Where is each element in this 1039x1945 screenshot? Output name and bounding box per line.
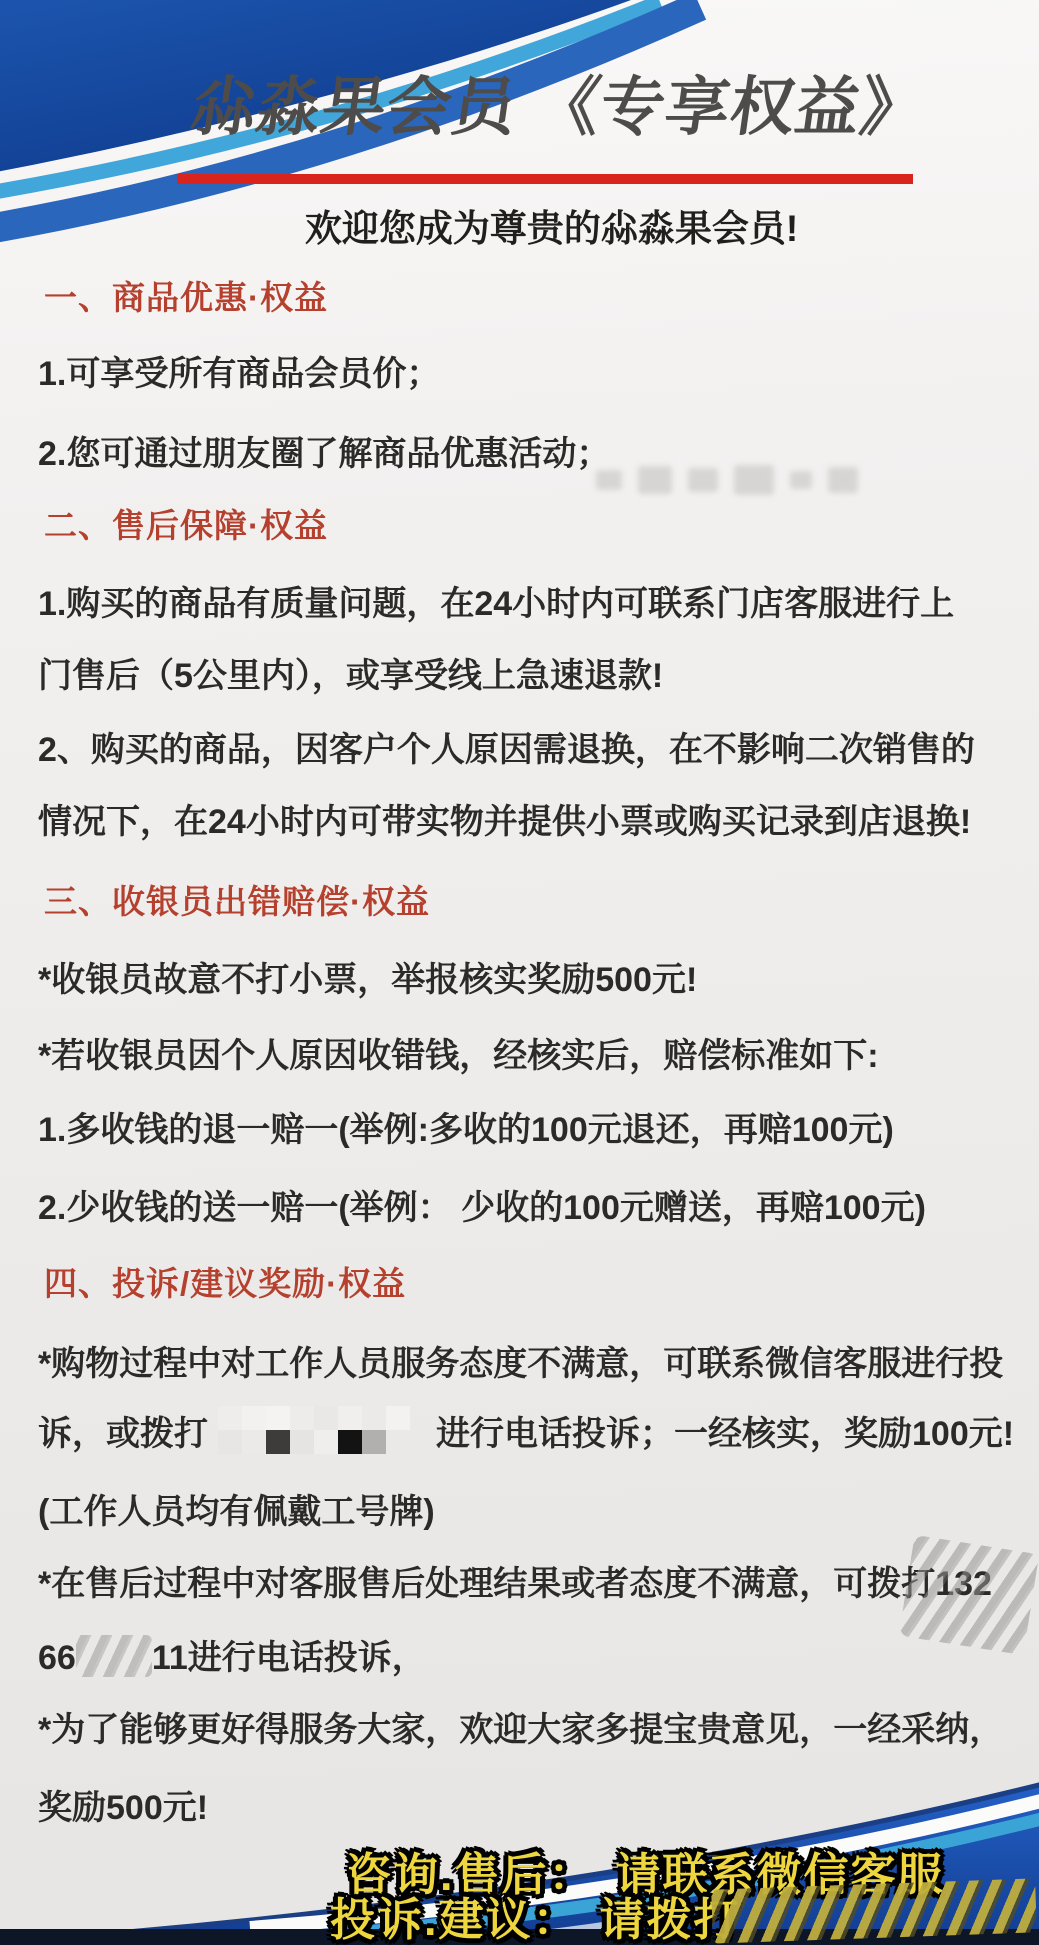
section-4-line-1: *购物过程中对工作人员服务态度不满意，可联系微信客服进行投: [38, 1336, 1003, 1385]
section-4-line-7: 奖励500元!: [38, 1780, 208, 1829]
section-3-line-3: 1.多收钱的退一赔一(举例:多收的100元退还，再赔100元): [38, 1102, 894, 1151]
section-1-line-2: 2.您可通过朋友圈了解商品优惠活动；: [38, 426, 610, 475]
s4-line2-suffix: 进行电话投诉；一经核实，奖励100元!: [436, 1415, 1014, 1453]
section-3-line-1: *收银员故意不打小票，举报核实奖励500元!: [38, 952, 697, 1001]
section-2-line-3: 2、购买的商品，因客户个人原因需退换，在不影响二次销售的: [38, 722, 975, 771]
section-2-line-2: 门售后（5公里内），或享受线上急速退款!: [38, 648, 663, 697]
censor-scribble-gap: [76, 1635, 152, 1677]
footer-line-2: 投诉.建议：请拨打: [330, 1883, 741, 1945]
s4-line5-suffix: 11进行电话投诉，: [152, 1639, 426, 1677]
faint-watermark: [596, 452, 926, 508]
section-2-heading: 二、售后保障·权益: [44, 500, 328, 547]
section-2-line-4: 情况下，在24小时内可带实物并提供小票或购买记录到店退换!: [38, 794, 971, 843]
section-4-heading: 四、投诉/建议奖励·权益: [44, 1258, 406, 1305]
section-3-line-2: *若收银员因个人原因收错钱，经核实后，赔偿标准如下:: [38, 1028, 879, 1077]
page-title: 尛淼果会员 《专享权益》: [0, 56, 1039, 148]
welcome-text: 欢迎您成为尊贵的尛淼果会员!: [0, 198, 1039, 252]
section-4-line-5: 6611进行电话投诉，: [38, 1630, 426, 1679]
title-divider: [177, 174, 913, 184]
section-4-line-4: *在售后过程中对客服售后处理结果或者态度不满意，可拨打132: [38, 1556, 992, 1605]
section-4-line-3: (工作人员均有佩戴工号牌): [38, 1484, 435, 1533]
censor-scribble: [899, 1535, 1039, 1655]
section-2-line-1: 1.购买的商品有质量问题，在24小时内可联系门店客服进行上: [38, 576, 954, 625]
footer-line2-label: 投诉.建议：: [330, 1894, 580, 1945]
poster-canvas: 尛淼果会员 《专享权益》 欢迎您成为尊贵的尛淼果会员! 一、商品优惠·权益 1.…: [0, 0, 1039, 1945]
s4-line2-prefix: 诉，或拨打: [38, 1415, 208, 1453]
section-1-line-1: 1.可享受所有商品会员价；: [38, 346, 440, 395]
s4-line5-prefix: 66: [38, 1639, 76, 1677]
censor-mosaic: [218, 1406, 410, 1454]
section-4-line-6: *为了能够更好得服务大家，欢迎大家多提宝贵意见，一经采纳，: [38, 1702, 1003, 1751]
section-4-line-2: 诉，或拨打进行电话投诉；一经核实，奖励100元!: [38, 1406, 1014, 1460]
section-1-heading: 一、商品优惠·权益: [44, 272, 328, 319]
section-3-heading: 三、收银员出错赔偿·权益: [44, 876, 430, 923]
section-3-line-4: 2.少收钱的送一赔一(举例： 少收的100元赠送，再赔100元): [38, 1180, 926, 1229]
footer-censor-scribble: [711, 1878, 1037, 1943]
